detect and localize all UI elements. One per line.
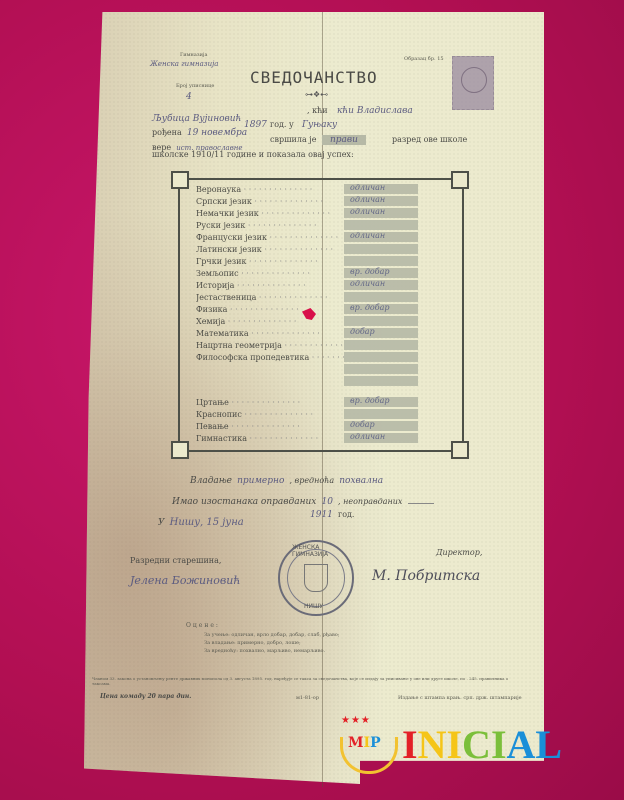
- inicial-brand-text: INICIAL: [402, 721, 562, 768]
- stars-icon: ★★★: [341, 715, 371, 726]
- issue-year-suffix: год.: [338, 510, 354, 519]
- grade-row: Философска пропедевтика: [196, 351, 456, 363]
- birth-place: Гуњаку: [302, 120, 337, 130]
- grade-row: Веронаукаодличан: [196, 183, 456, 195]
- grade-field: [344, 292, 418, 302]
- grade-field: одличан: [344, 208, 418, 218]
- subject-label: Немачки језик: [196, 209, 346, 218]
- conduct-label: Владање: [190, 476, 232, 486]
- subject-label: Философска пропедевтика: [196, 353, 346, 362]
- diligence-label: , вредноћа: [289, 476, 334, 485]
- grade-row: Нацртна геометрија: [196, 339, 456, 351]
- grading-legend-row: За вредноћу: похвално, марљиво, немарљив…: [204, 648, 325, 654]
- subject-label: Гимнастика: [196, 434, 346, 443]
- grade-row: Хемија: [196, 315, 456, 327]
- class-suffix: разред ове школе: [392, 135, 467, 144]
- student-line-2: рођена 19 новембра 1897 год. у Гуњаку: [152, 120, 452, 132]
- subject-label: Српски језик: [196, 197, 346, 206]
- grading-legend-row: За учење: одличан, врло добар, добар, сл…: [204, 632, 340, 638]
- grade-row: Српски језикодличан: [196, 195, 456, 207]
- inicial-watermark-logo: ★★★ MIP INICIAL: [338, 715, 562, 773]
- grade-field: вр. добар: [344, 397, 418, 407]
- parent-name: кћи Владислава: [337, 106, 413, 116]
- parent-label: , кћи: [307, 106, 328, 115]
- subject-label: Јестаственица: [196, 293, 346, 302]
- grade-row: Грчки језик: [196, 255, 456, 267]
- registration-label: Број уписнице: [176, 83, 214, 89]
- absences-unjustified: [408, 503, 434, 504]
- registration-number: 4: [186, 92, 192, 102]
- price-note: Цена комаду 20 пара дин.: [100, 693, 191, 700]
- absences-line: Имао изостанака оправданих 10 , неоправд…: [172, 489, 472, 508]
- form-number: Образац бр. 15: [404, 56, 444, 62]
- place-prefix: У: [158, 518, 165, 528]
- grade-row: Краснопис: [196, 408, 456, 420]
- grading-legend-title: Оцене:: [186, 622, 220, 629]
- director-signature: М. Побритска: [372, 568, 480, 584]
- unjustified-label: , неоправданих: [338, 497, 402, 506]
- grade-row: Француски језикодличан: [196, 231, 456, 243]
- grade-row: Латински језик: [196, 243, 456, 255]
- grade-row: Историјаодличан: [196, 279, 456, 291]
- grade-row: Земљописвр. добар: [196, 267, 456, 279]
- subject-label: Француски језик: [196, 233, 346, 242]
- diligence-value: похвална: [339, 476, 383, 486]
- subject-label: Земљопис: [196, 269, 346, 278]
- grading-legend-row: За владање: примерно, добро, лоше;: [204, 640, 301, 646]
- subject-label: Певање: [196, 422, 346, 431]
- grade-row: Немачки језикодличан: [196, 207, 456, 219]
- grade-row: Руски језик: [196, 219, 456, 231]
- grade-row: [196, 363, 456, 375]
- mip-badge-icon: ★★★ MIP: [338, 715, 396, 773]
- grade-field: [344, 340, 418, 350]
- place-date: Нишу, 15 јуна: [170, 517, 244, 528]
- school-year-line: школске 1910/11 године и показала овај у…: [152, 150, 354, 159]
- class-teacher-label: Разредни старешина,: [130, 556, 221, 565]
- frame-corner-ornament: [171, 171, 189, 189]
- subject-label: Хемија: [196, 317, 346, 326]
- grade-field: одличан: [344, 280, 418, 290]
- conduct-value: примерно: [237, 476, 284, 486]
- grade-field: [344, 316, 418, 326]
- revenue-stamp: [452, 56, 494, 110]
- subject-label: Латински језик: [196, 245, 346, 254]
- subject-label: Грчки језик: [196, 257, 346, 266]
- school-label: Гимназија: [180, 52, 207, 58]
- grade-row: Физикавр. добар: [196, 303, 456, 315]
- subject-label: Нацртна геометрија: [196, 341, 346, 350]
- grade-row: Цртањевр. добар: [196, 396, 456, 408]
- grade-row: Јестаственица: [196, 291, 456, 303]
- grade-field: вр. добар: [344, 268, 418, 278]
- grade-row: Певањедобар: [196, 420, 456, 432]
- grade-field: вр. добар: [344, 304, 418, 314]
- grade-field: [344, 376, 418, 386]
- law-note: Чланом 33. закона о установљењу ренте др…: [92, 676, 522, 686]
- document-title: СВЕДОЧАНСТВО: [250, 68, 378, 87]
- subject-label: Цртање: [196, 398, 346, 407]
- class-teacher-signature: Јелена Божиновић: [130, 574, 240, 587]
- birth-year: 1897: [244, 120, 267, 130]
- title-ornament: ⊶❖⊷: [305, 90, 328, 99]
- conduct-line: Владање примерно , вредноћа похвална: [190, 468, 470, 487]
- coat-of-arms-icon: [304, 564, 328, 592]
- class-value: прави: [322, 135, 366, 145]
- grade-field: [344, 409, 418, 419]
- issue-year: 1911: [310, 510, 333, 520]
- subject-label: Физика: [196, 305, 346, 314]
- place-date-line: У Нишу, 15 јуна 1911 год.: [158, 510, 438, 529]
- grade-field: добар: [344, 421, 418, 431]
- subject-label: Математика: [196, 329, 346, 338]
- grade-field: одличан: [344, 232, 418, 242]
- student-line-1: Љубица Вујиновић , кћи кћи Владислава: [152, 106, 452, 118]
- grade-field: добар: [344, 328, 418, 338]
- grade-field: [344, 256, 418, 266]
- subject-label: Краснопис: [196, 410, 346, 419]
- year-suffix: год. у: [270, 120, 294, 129]
- grade-row: [196, 375, 456, 387]
- subject-label: Руски језик: [196, 221, 346, 230]
- student-line-3: вере ист. православне свршила је прави р…: [152, 135, 472, 147]
- grade-field: [344, 220, 418, 230]
- print-code: м1-81-ор: [296, 695, 319, 701]
- school-seal: ЖЕНСКА ГИМНАЗИЈА НИШУ: [278, 540, 354, 616]
- grade-field: одличан: [344, 433, 418, 443]
- grade-field: одличан: [344, 196, 418, 206]
- absences-justified: 10: [321, 497, 332, 507]
- grade-field: одличан: [344, 184, 418, 194]
- grade-row: Математикадобар: [196, 327, 456, 339]
- grade-field: [344, 352, 418, 362]
- school-name: Женска гимназија: [150, 60, 218, 68]
- grade-field: [344, 244, 418, 254]
- frame-corner-ornament: [171, 441, 189, 459]
- absences-label: Имао изостанака оправданих: [172, 497, 316, 507]
- subject-label: Веронаука: [196, 185, 346, 194]
- grade-field: [344, 364, 418, 374]
- finished-label: свршила је: [270, 135, 316, 144]
- mip-badge-text: MIP: [348, 735, 381, 751]
- publisher-note: Издање с штампа крањ. срп. држ. штампари…: [398, 695, 522, 701]
- subject-label: Историја: [196, 281, 346, 290]
- grade-row: Гимнастикаодличан: [196, 432, 456, 444]
- director-label: Директор,: [436, 548, 482, 557]
